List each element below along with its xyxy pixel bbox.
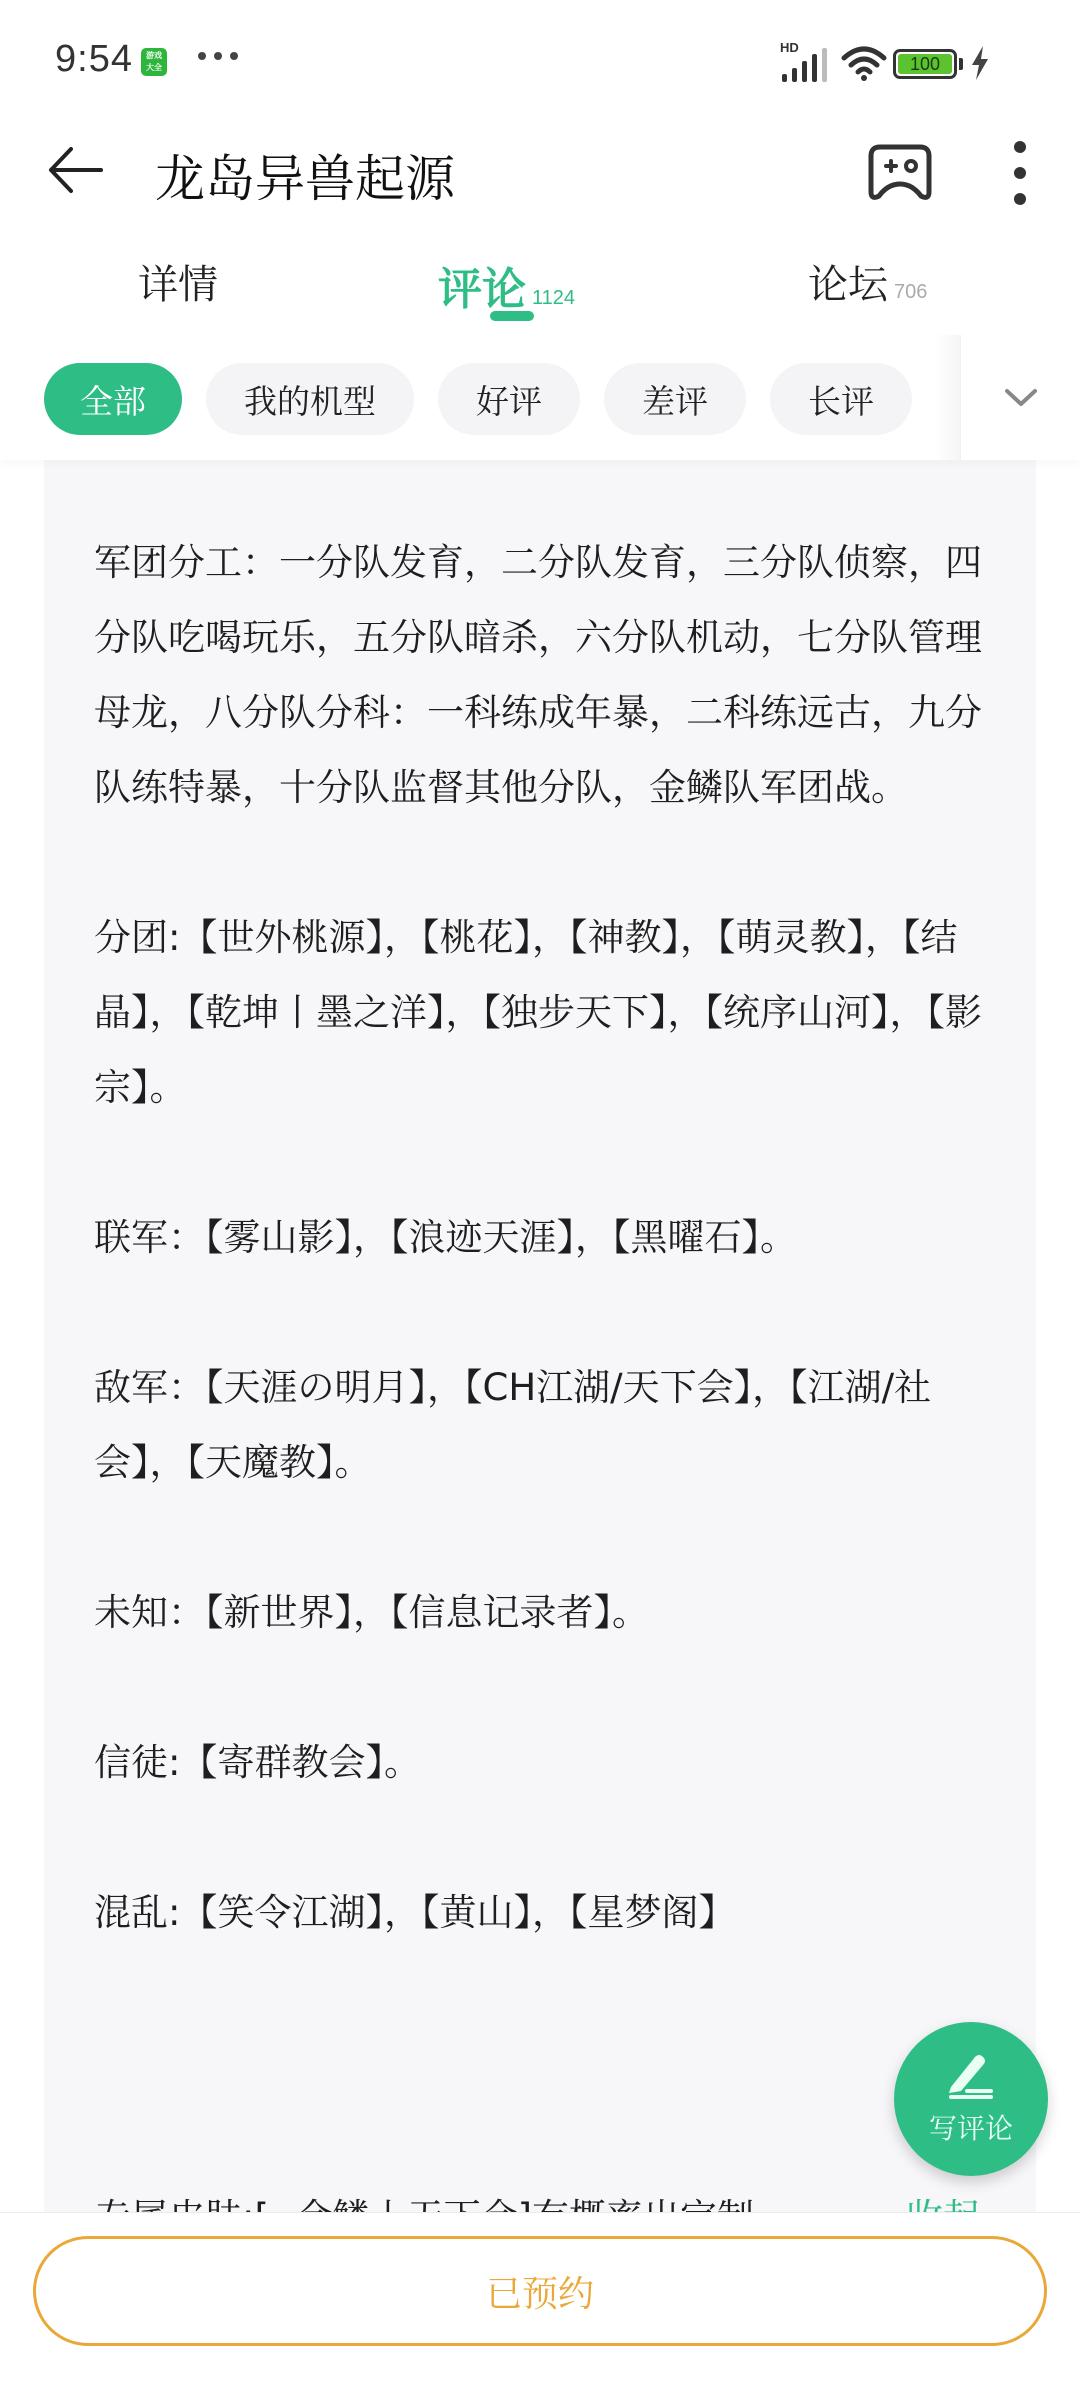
review-card: 军团分工：一分队发育，二分队发育，三分队侦察，四分队吃喝玩乐，五分队暗杀，六分队… xyxy=(44,460,1036,2220)
review-paragraph: 联军：【雾山影】，【浪迹天涯】，【黑曜石】。 xyxy=(94,1200,994,1275)
review-paragraph: 分团:【世外桃源】，【桃花】，【神教】，【萌灵教】，【结晶】，【乾坤丨墨之洋】，… xyxy=(94,900,994,1125)
filter-chip-all[interactable]: 全部 xyxy=(44,363,182,435)
reserved-button[interactable]: 已预约 xyxy=(33,2236,1047,2346)
review-paragraph: 混乱:【笑令江湖】，【黄山】，【星梦阁】 xyxy=(94,1875,994,1950)
review-paragraph: 未知：【新世界】，【信息记录者】。 xyxy=(94,1575,994,1650)
filter-chip-my-device[interactable]: 我的机型 xyxy=(206,363,414,435)
filter-chip-long[interactable]: 长评 xyxy=(770,363,912,435)
status-time: 9:54 xyxy=(55,38,133,81)
bottom-bar: 已预约 xyxy=(0,2212,1080,2400)
tab-label: 评论 xyxy=(438,253,526,317)
filter-chip-positive[interactable]: 好评 xyxy=(438,363,580,435)
back-arrow-icon xyxy=(45,145,105,195)
tab-count: 1124 xyxy=(532,287,575,310)
more-notifications-icon xyxy=(198,52,238,60)
back-button[interactable] xyxy=(40,135,110,205)
tab-bar: 详情 评论 1124 论坛 706 xyxy=(0,235,1080,335)
battery-icon: 100 xyxy=(893,49,957,79)
pencil-icon xyxy=(943,2051,999,2103)
more-options-button[interactable] xyxy=(990,133,1050,213)
gamepad-icon xyxy=(868,144,932,202)
more-vertical-icon xyxy=(1014,141,1026,153)
app-header: 龙岛异兽起源 xyxy=(0,125,1080,235)
tab-forum[interactable]: 论坛 706 xyxy=(808,253,927,323)
page-title: 龙岛异兽起源 xyxy=(155,139,455,211)
chevron-down-icon xyxy=(1004,388,1038,408)
filter-chip-negative[interactable]: 差评 xyxy=(604,363,746,435)
active-tab-indicator xyxy=(490,311,534,321)
review-paragraph: 信徒:【寄群教会】。 xyxy=(94,1725,994,1800)
app-notification-icon: 游戏大全 xyxy=(141,48,167,76)
review-body: 军团分工：一分队发育，二分队发育，三分队侦察，四分队吃喝玩乐，五分队暗杀，六分队… xyxy=(94,525,994,2025)
filter-bar: 全部 我的机型 好评 差评 长评 xyxy=(0,335,1080,460)
tab-label: 论坛 xyxy=(808,253,888,310)
tab-count: 706 xyxy=(894,281,927,304)
filter-chips: 全部 我的机型 好评 差评 长评 xyxy=(44,363,912,435)
status-bar: 9:54 游戏大全 HD 100 xyxy=(0,0,1080,125)
tab-details[interactable]: 详情 xyxy=(138,253,218,323)
write-review-button[interactable]: 写评论 xyxy=(894,2022,1048,2176)
game-button[interactable] xyxy=(860,133,940,213)
review-paragraph: 敌军：【天涯の明月】，【CH江湖/天下会】，【江湖/社会】，【天魔教】。 xyxy=(94,1350,994,1500)
charging-icon xyxy=(970,46,990,80)
signal-icon xyxy=(780,46,830,86)
wifi-icon xyxy=(840,44,888,84)
expand-filters-button[interactable] xyxy=(960,335,1080,460)
reserved-label: 已预约 xyxy=(486,2266,594,2317)
tab-label: 详情 xyxy=(138,253,218,310)
status-icons: HD 100 xyxy=(780,40,1080,90)
write-review-label: 写评论 xyxy=(929,2107,1013,2147)
review-paragraph: 军团分工：一分队发育，二分队发育，三分队侦察，四分队吃喝玩乐，五分队暗杀，六分队… xyxy=(94,525,994,825)
